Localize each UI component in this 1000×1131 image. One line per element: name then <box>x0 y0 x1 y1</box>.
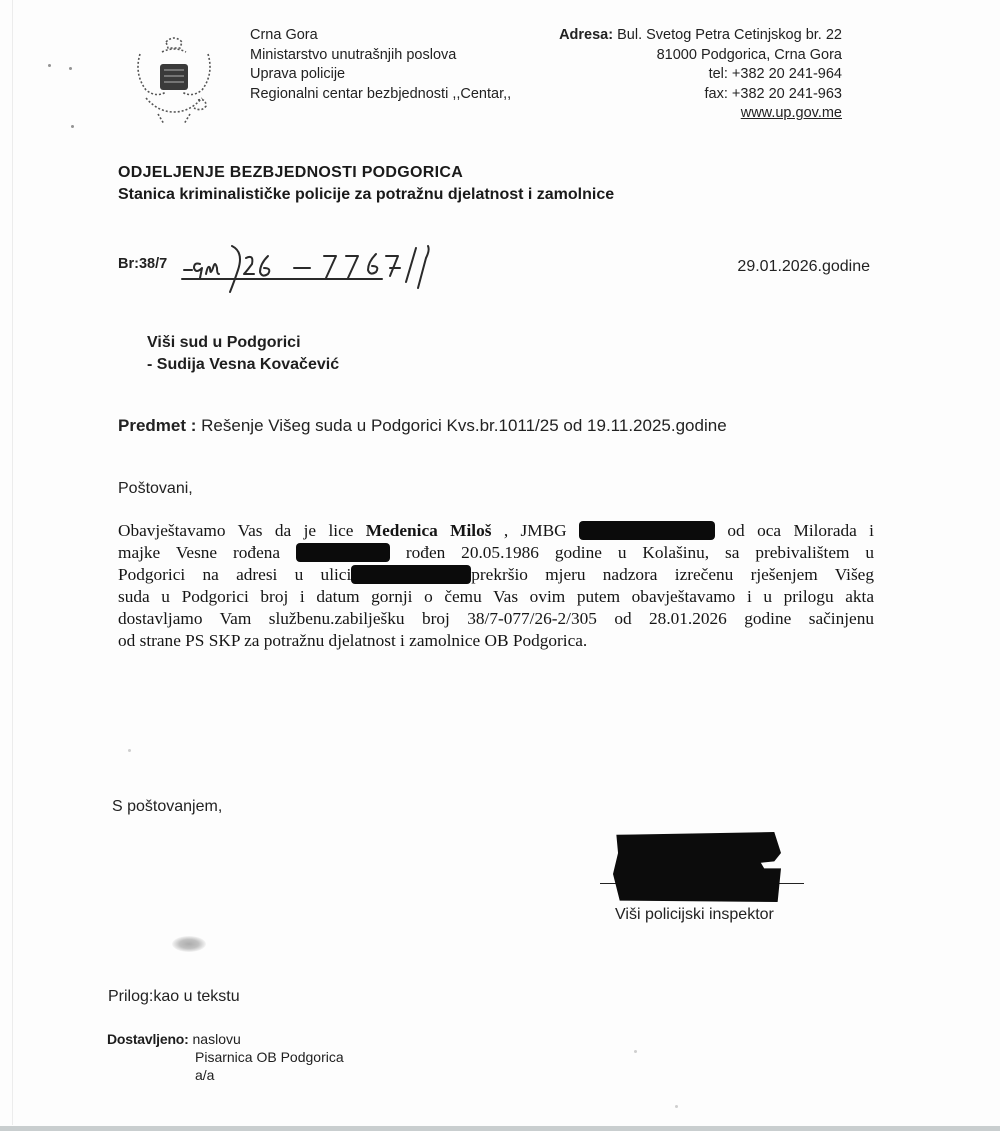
body-line-5: dostavljamo Vam službenu.zabilješku broj… <box>118 608 874 630</box>
address-city: 81000 Podgorica, Crna Gora <box>559 46 842 66</box>
address-fax: fax: +382 20 241-963 <box>559 85 842 105</box>
org-country: Crna Gora <box>250 26 511 46</box>
subject-text: Rešenje Višeg suda u Podgorici Kvs.br.10… <box>196 416 726 435</box>
scan-speck <box>634 1050 637 1053</box>
address-block: Adresa: Bul. Svetog Petra Cetinjskog br.… <box>559 26 842 124</box>
crest-shield <box>160 64 188 90</box>
body-line-2: majke Vesne rođena rođen 20.05.1986 godi… <box>118 542 874 564</box>
website-link[interactable]: www.up.gov.me <box>559 104 842 124</box>
coat-of-arms-icon <box>128 28 220 128</box>
body-text-segment: majke Vesne rođena <box>118 543 296 562</box>
attachment-note: Prilog:kao u tekstu <box>108 988 240 1006</box>
department-unit: Stanica kriminalističke policije za potr… <box>118 184 614 206</box>
body-line-6: od strane PS SKP za potražnu djelatnost … <box>118 630 874 652</box>
delivered-recipient: a/a <box>107 1066 344 1084</box>
address-street: Bul. Svetog Petra Cetinjskog br. 22 <box>617 27 842 43</box>
page-edge-bottom <box>0 1126 1000 1131</box>
subject-line: Predmet : Rešenje Višeg suda u Podgorici… <box>118 416 727 436</box>
org-ministry: Ministarstvo unutrašnjih poslova <box>250 46 511 66</box>
body-line-3: Podgorici na adresi u uliciprekršio mjer… <box>118 564 874 586</box>
closing-salutation: S poštovanjem, <box>112 798 222 816</box>
department-heading: ODJELJENJE BEZBJEDNOSTI PODGORICA Stanic… <box>118 162 614 206</box>
org-regional-center: Regionalni centar bezbjednosti ,,Centar,… <box>250 85 511 105</box>
greeting: Poštovani, <box>118 480 193 498</box>
org-police-directorate: Uprava policije <box>250 65 511 85</box>
recipient-block: Viši sud u Podgorici - Sudija Vesna Kova… <box>147 332 339 376</box>
body-line-1: Obavještavamo Vas da je lice Medenica Mi… <box>118 520 874 542</box>
body-text-segment: , JMBG <box>491 521 579 540</box>
subject-label: Predmet : <box>118 416 196 435</box>
body-text-segment: Podgorici na adresi u ulici <box>118 565 351 584</box>
scan-speck <box>71 125 74 128</box>
reference-line: Br:38/7 -9M/26 - 2267/1 29.01.2026.godin… <box>118 250 878 290</box>
redaction-jmbg <box>579 521 715 540</box>
address-label: Adresa: <box>559 27 613 43</box>
signatory-title: Viši policijski inspektor <box>615 906 774 924</box>
recipient-court: Viši sud u Podgorici <box>147 332 339 354</box>
scan-speck <box>69 67 72 70</box>
document-date: 29.01.2026.godine <box>737 258 870 276</box>
delivered-label: Dostavljeno: <box>107 1031 189 1047</box>
scan-speck <box>675 1105 678 1108</box>
subject-person-name: Medenica Miloš <box>366 521 492 540</box>
scan-speck <box>48 64 51 67</box>
department-name: ODJELJENJE BEZBJEDNOSTI PODGORICA <box>118 162 614 184</box>
delivered-recipient: naslovu <box>193 1031 241 1047</box>
recipient-judge: - Sudija Vesna Kovačević <box>147 354 339 376</box>
scan-speck <box>128 749 131 752</box>
delivery-list: Dostavljeno: naslovu Pisarnica OB Podgor… <box>107 1030 344 1084</box>
organization-header: Crna Gora Ministarstvo unutrašnjih poslo… <box>250 26 511 104</box>
redaction-street-address <box>351 565 471 584</box>
body-text-segment: prekršio mjeru nadzora izrečenu rješenje… <box>471 565 874 584</box>
delivered-recipient: Pisarnica OB Podgorica <box>107 1048 344 1066</box>
redaction-maiden-name <box>296 543 390 562</box>
signature-redaction <box>613 832 781 902</box>
body-text-segment: rođen 20.05.1986 godine u Kolašinu, sa p… <box>390 543 874 562</box>
scanned-letter-page: Crna Gora Ministarstvo unutrašnjih poslo… <box>0 0 1000 1131</box>
address-tel: tel: +382 20 241-964 <box>559 65 842 85</box>
reference-label: Br:38/7 <box>118 256 167 272</box>
stamp-smudge <box>172 936 206 952</box>
letter-body: Obavještavamo Vas da je lice Medenica Mi… <box>118 520 874 652</box>
page-edge-left <box>12 0 13 1125</box>
body-text-segment: od oca Milorada i <box>715 521 874 540</box>
body-text-segment: Obavještavamo Vas da je lice <box>118 521 366 540</box>
body-line-4: suda u Podgorici broj i datum gornji o č… <box>118 586 874 608</box>
